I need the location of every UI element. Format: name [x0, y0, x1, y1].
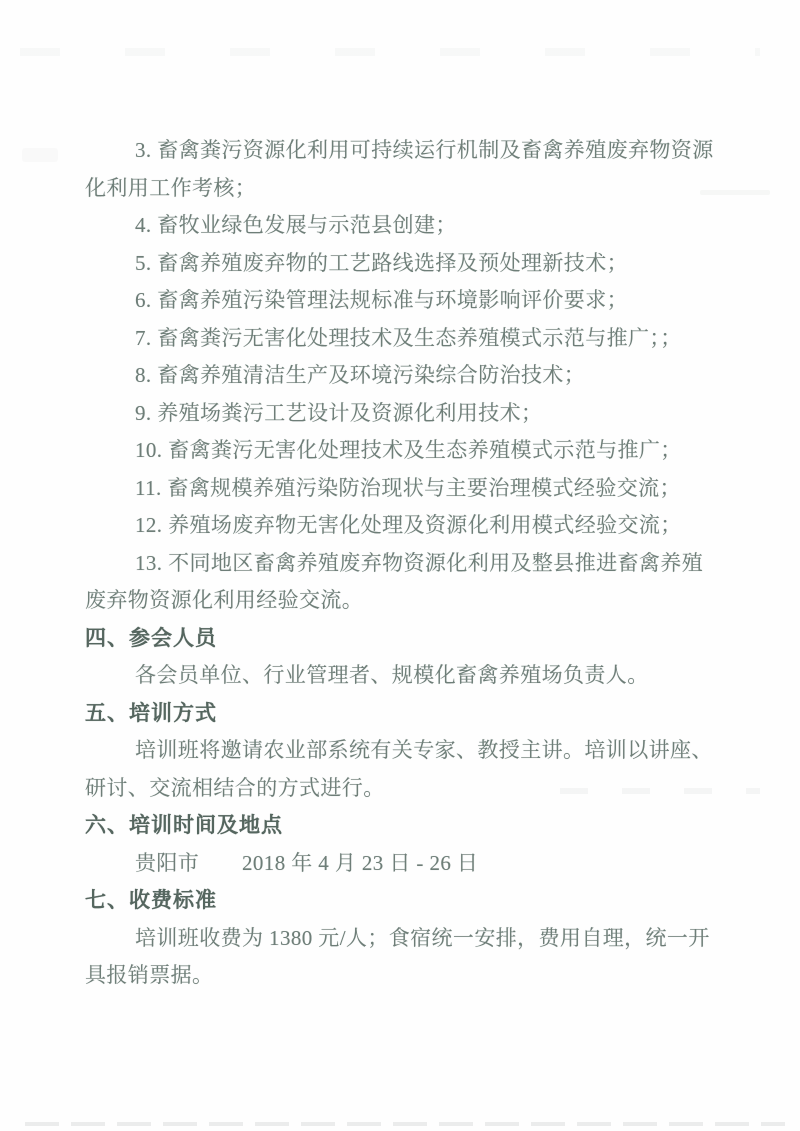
text-line: 6. 畜禽养殖污染管理法规标准与环境影响评价要求； [85, 282, 725, 320]
text-line: 废弃物资源化利用经验交流。 [85, 582, 725, 620]
text-line: 4. 畜牧业绿色发展与示范县创建； [85, 207, 725, 245]
section-heading: 六、培训时间及地点 [85, 807, 725, 845]
section-heading: 四、参会人员 [85, 620, 725, 658]
text-line: 8. 畜禽养殖清洁生产及环境污染综合防治技术； [85, 357, 725, 395]
scan-artifact [20, 48, 760, 56]
text-line: 研讨、交流相结合的方式进行。 [85, 770, 725, 808]
text-line: 13. 不同地区畜禽养殖废弃物资源化利用及整县推进畜禽养殖 [85, 545, 725, 583]
text-line: 培训班收费为 1380 元/人；食宿统一安排，费用自理，统一开 [85, 920, 725, 958]
text-line: 9. 养殖场粪污工艺设计及资源化利用技术； [85, 395, 725, 433]
text-line: 贵阳市 2018 年 4 月 23 日 - 26 日 [85, 845, 725, 883]
scan-artifact [22, 148, 58, 162]
text-line: 化利用工作考核； [85, 170, 725, 208]
text-line: 3. 畜禽粪污资源化利用可持续运行机制及畜禽养殖废弃物资源 [85, 132, 725, 170]
text-line: 培训班将邀请农业部系统有关专家、教授主讲。培训以讲座、 [85, 732, 725, 770]
text-line: 10. 畜禽粪污无害化处理技术及生态养殖模式示范与推广； [85, 432, 725, 470]
text-line: 12. 养殖场废弃物无害化处理及资源化利用模式经验交流； [85, 507, 725, 545]
section-heading: 七、收费标准 [85, 882, 725, 920]
section-heading: 五、培训方式 [85, 695, 725, 733]
scan-artifact [25, 1122, 785, 1126]
text-line: 具报销票据。 [85, 957, 725, 995]
text-line: 11. 畜禽规模养殖污染防治现状与主要治理模式经验交流； [85, 470, 725, 508]
text-line: 7. 畜禽粪污无害化处理技术及生态养殖模式示范与推广；； [85, 320, 725, 358]
scanned-document-page: 3. 畜禽粪污资源化利用可持续运行机制及畜禽养殖废弃物资源化利用工作考核；4. … [0, 0, 800, 1131]
document-body: 3. 畜禽粪污资源化利用可持续运行机制及畜禽养殖废弃物资源化利用工作考核；4. … [85, 132, 725, 995]
text-line: 各会员单位、行业管理者、规模化畜禽养殖场负责人。 [85, 657, 725, 695]
text-line: 5. 畜禽养殖废弃物的工艺路线选择及预处理新技术； [85, 245, 725, 283]
